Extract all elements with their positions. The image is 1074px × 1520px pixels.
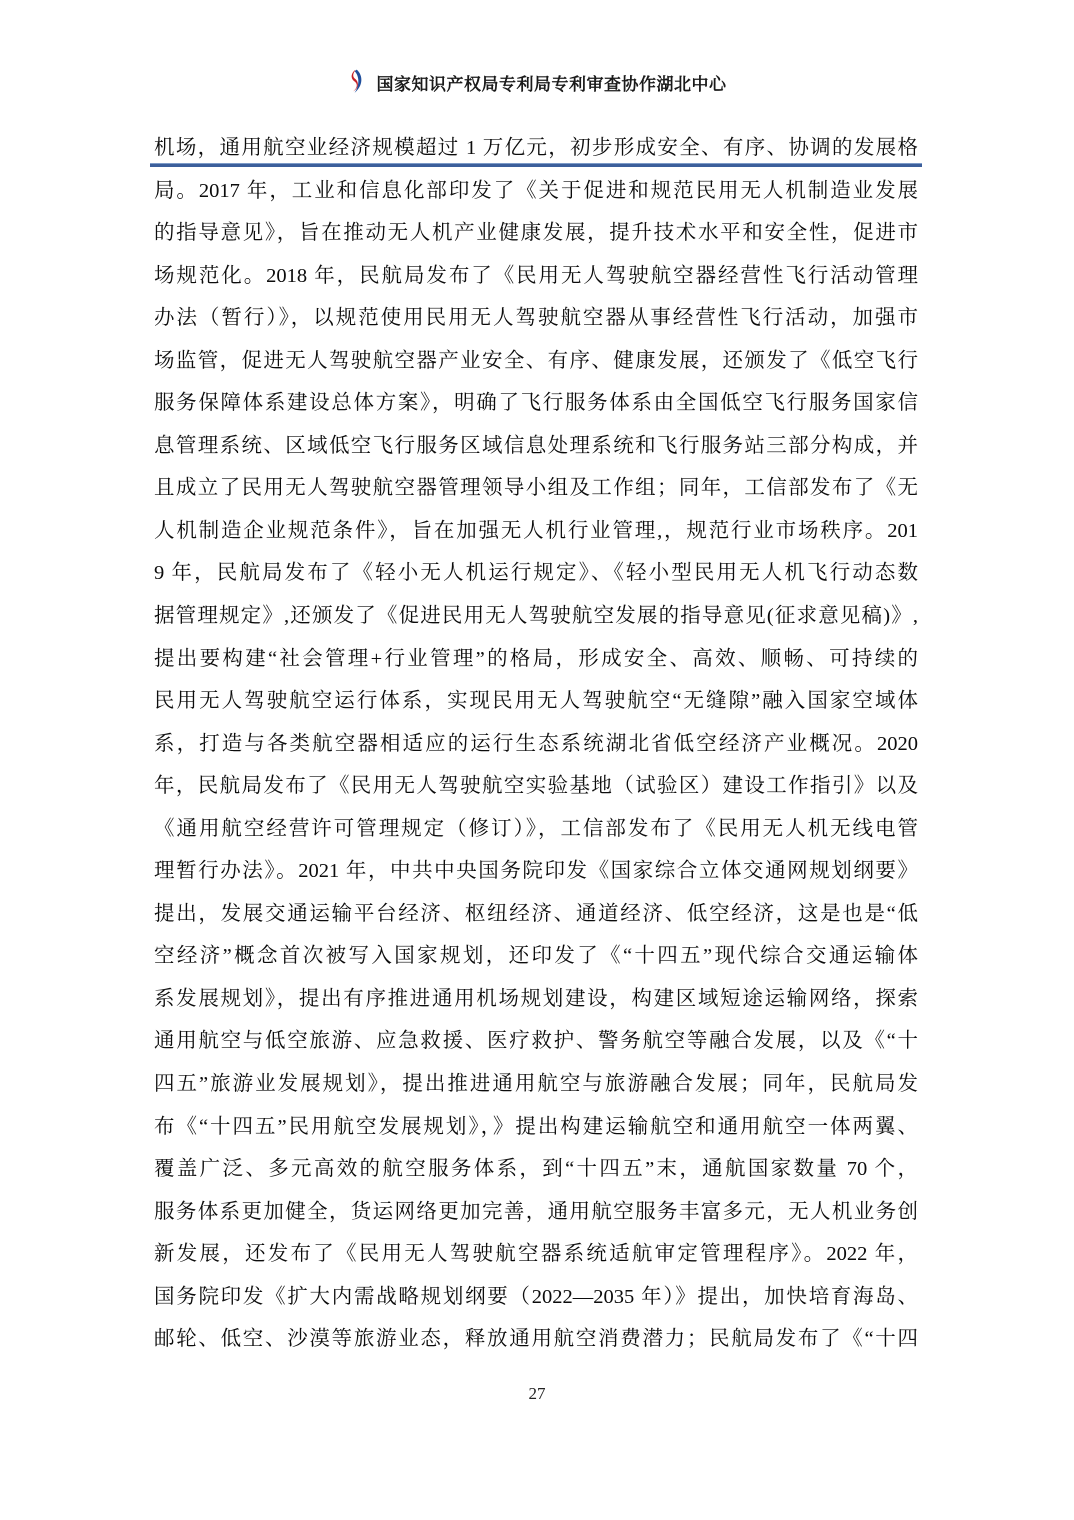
body-line: 四五”旅游业发展规划》，提出推进通用航空与旅游融合发展；同年，民航局发	[154, 1063, 918, 1106]
body-line: 办法（暂行）》，以规范使用民用无人驾驶航空器从事经营性飞行活动，加强市	[154, 297, 918, 340]
body-line: 的指导意见》，旨在推动无人机产业健康发展，提升技术水平和安全性，促进市	[154, 212, 918, 255]
body-line: 提出要构建“社会管理+行业管理”的格局，形成安全、高效、顺畅、可持续的	[154, 638, 918, 681]
body-line: 理暂行办法》。2021 年，中共中央国务院印发《国家综合立体交通网规划纲要》	[154, 850, 918, 893]
body-line: 《通用航空经营许可管理规定（修订）》，工信部发布了《民用无人机无线电管	[154, 808, 918, 851]
header-org-title: 国家知识产权局专利局专利审查协作湖北中心	[377, 70, 727, 95]
body-line: 服务体系更加健全，货运网络更加完善，通用航空服务丰富多元，无人机业务创	[154, 1191, 918, 1234]
page-header: 国家知识产权局专利局专利审查协作湖北中心	[0, 62, 1074, 102]
body-line: 系发展规划》，提出有序推进通用机场规划建设，构建区域短途运输网络，探索	[154, 978, 918, 1021]
body-line: 场规范化。2018 年，民航局发布了《民用无人驾驶航空器经营性飞行活动管理	[154, 255, 918, 298]
body-line: 局。2017 年，工业和信息化部印发了《关于促进和规范民用无人机制造业发展	[154, 170, 918, 213]
page-footer: 27	[0, 1384, 1074, 1404]
body-line: 国务院印发《扩大内需战略规划纲要（2022—2035 年）》提出，加快培育海岛、	[154, 1276, 918, 1319]
body-line: 据管理规定》,还颁发了《促进民用无人驾驶航空发展的指导意见(征求意见稿)》,	[154, 595, 918, 638]
page-number: 27	[529, 1384, 546, 1403]
body-line: 空经济”概念首次被写入国家规划，还印发了《“十四五”现代综合交通运输体	[154, 935, 918, 978]
body-line: 提出，发展交通运输平台经济、枢纽经济、通道经济、低空经济，这是也是“低	[154, 893, 918, 936]
body-line: 新发展，还发布了《民用无人驾驶航空器系统适航审定管理程序》。2022 年，	[154, 1233, 918, 1276]
body-line: 机场，通用航空业经济规模超过 1 万亿元，初步形成安全、有序、协调的发展格	[154, 127, 918, 170]
body-line: 邮轮、低空、沙漠等旅游业态，释放通用航空消费潜力；民航局发布了《“十四	[154, 1318, 918, 1361]
body-line: 系，打造与各类航空器相适应的运行生态系统湖北省低空经济产业概况。2020	[154, 723, 918, 766]
body-line: 9 年，民航局发布了《轻小无人机运行规定》、《轻小型民用无人机飞行动态数	[154, 552, 918, 595]
body-line: 且成立了民用无人驾驶航空器管理领导小组及工作组；同年，工信部发布了《无	[154, 467, 918, 510]
body-line: 人机制造企业规范条件》，旨在加强无人机行业管理,，规范行业市场秩序。201	[154, 510, 918, 553]
body-line: 息管理系统、区域低空飞行服务区域信息处理系统和飞行服务站三部分构成，并	[154, 425, 918, 468]
body-line: 场监管，促进无人驾驶航空器产业安全、有序、健康发展，还颁发了《低空飞行	[154, 340, 918, 383]
body-line: 年，民航局发布了《民用无人驾驶航空实验基地（试验区）建设工作指引》以及	[154, 765, 918, 808]
body-line: 覆盖广泛、多元高效的航空服务体系，到“十四五”末，通航国家数量 70 个，	[154, 1148, 918, 1191]
document-page: 国家知识产权局专利局专利审查协作湖北中心 机场，通用航空业经济规模超过 1 万亿…	[0, 0, 1074, 1520]
body-line: 布《“十四五”民用航空发展规划》，》提出构建运输航空和通用航空一体两翼、	[154, 1106, 918, 1149]
body-line: 民用无人驾驶航空运行体系，实现民用无人驾驶航空“无缝隙”融入国家空域体	[154, 680, 918, 723]
body-line: 服务保障体系建设总体方案》，明确了飞行服务体系由全国低空飞行服务国家信	[154, 382, 918, 425]
body-line: 通用航空与低空旅游、应急救援、医疗救护、警务航空等融合发展，以及《“十	[154, 1020, 918, 1063]
cnipa-logo-icon	[348, 67, 364, 97]
document-body: 机场，通用航空业经济规模超过 1 万亿元，初步形成安全、有序、协调的发展格 局。…	[154, 127, 918, 1361]
